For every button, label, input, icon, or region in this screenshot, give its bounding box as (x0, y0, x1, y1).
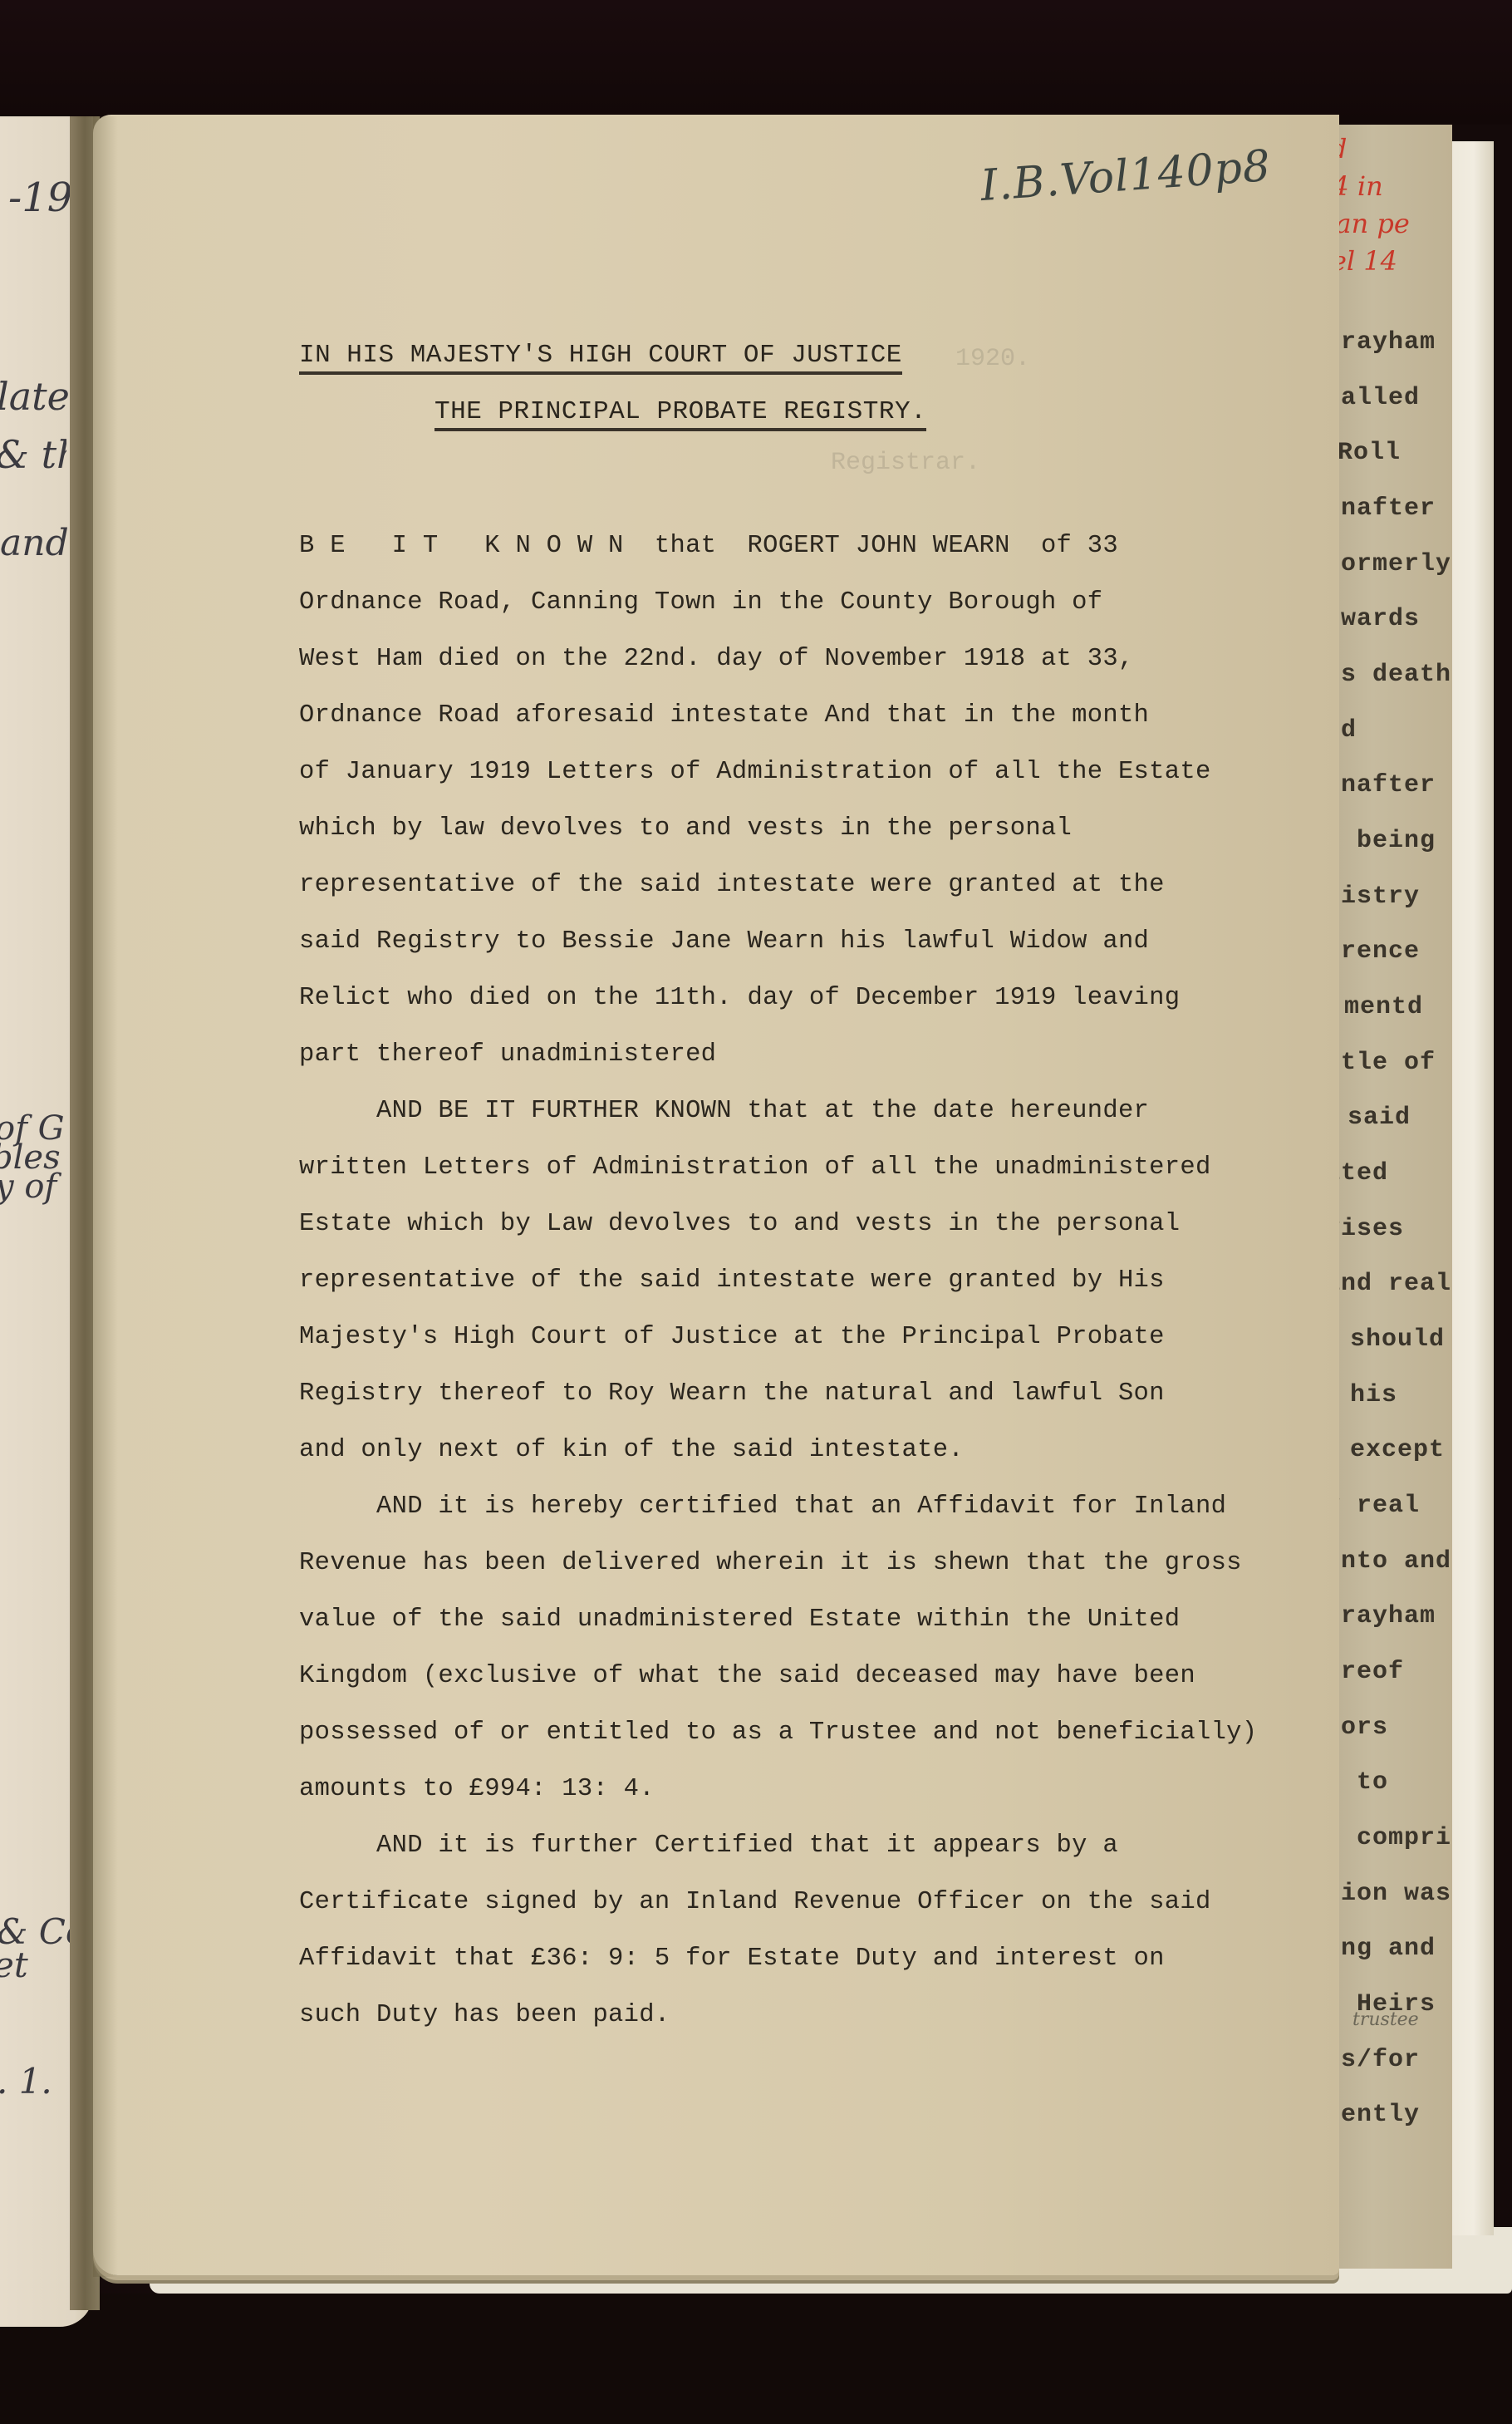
strip-fragment: his (1350, 1381, 1475, 1409)
strip-fragment: itle of (1325, 1049, 1450, 1077)
body-line: Majesty's High Court of Justice at the P… (299, 1323, 1165, 1351)
body-line: which by law devolves to and vests in th… (299, 814, 1072, 843)
strip-fragment: t compri (1325, 1824, 1450, 1852)
body-line: Certificate signed by an Inland Revenue … (299, 1888, 1211, 1916)
body-line: amounts to £994: 13: 4. (299, 1775, 655, 1803)
left-handwriting: et (0, 1945, 68, 1985)
strip-fragment: mentd (1344, 993, 1469, 1021)
strip-fragment: vises (1325, 1215, 1450, 1243)
pencil-insertion-note: trustee (1352, 2009, 1419, 2030)
strip-fragment: Roll (1338, 439, 1462, 467)
left-handwriting: y of (0, 1168, 75, 1206)
strip-fragment: h to (1325, 1768, 1450, 1797)
body-line: said Registry to Bessie Jane Wearn his l… (299, 927, 1149, 956)
body-line: of January 1919 Letters of Administratio… (299, 758, 1211, 786)
strip-fragment: called (1325, 384, 1450, 412)
heading-registry: THE PRINCIPAL PROBATE REGISTRY. (434, 397, 926, 431)
body-line: representative of the said intestate wer… (299, 871, 1165, 899)
strip-fragment: should (1350, 1325, 1475, 1354)
body-line: such Duty has been paid. (299, 2001, 670, 2029)
strip-fragment: ereof (1325, 1658, 1450, 1686)
body-line: Registry thereof to Roy Wearn the natura… (299, 1379, 1165, 1408)
strip-fragment: is death (1325, 661, 1450, 689)
body-line: Ordnance Road, Canning Town in the Count… (299, 588, 1102, 617)
strip-fragment: inafter (1325, 494, 1450, 523)
body-line: Revenue has been delivered wherein it is… (299, 1549, 1242, 1577)
heading-court: IN HIS MAJESTY'S HIGH COURT OF JUSTICE (299, 341, 902, 375)
strip-fragment: y real (1325, 1492, 1450, 1520)
strip-fragment: es/for (1325, 2046, 1450, 2074)
body-line: West Ham died on the 22nd. day of Novemb… (299, 645, 1134, 673)
strip-fragment: said (1348, 1104, 1472, 1132)
left-handwriting: -19 (8, 175, 75, 221)
strip-fragment: formerly (1325, 550, 1450, 578)
body-line: AND BE IT FURTHER KNOWN that at the date… (299, 1097, 1149, 1125)
left-handwriting: late (0, 374, 68, 419)
strip-fragment: except (1350, 1436, 1475, 1464)
body-line: AND it is hereby certified that an Affid… (299, 1492, 1226, 1521)
body-line: Estate which by Law devolves to and vest… (299, 1210, 1180, 1238)
strip-fragment: and real (1325, 1270, 1450, 1298)
body-line: Relict who died on the 11th. day of Dece… (299, 984, 1180, 1012)
body-line: Ordnance Road aforesaid intestate And th… (299, 701, 1149, 730)
strip-fragment: Grayham (1325, 328, 1450, 356)
body-line: written Letters of Administration of all… (299, 1153, 1211, 1182)
strip-fragment: tion was (1325, 1880, 1450, 1908)
body-line: Affidavit that £36: 9: 5 for Estate Duty… (299, 1945, 1165, 1973)
strip-fragment: ing and (1325, 1935, 1450, 1963)
strip-fragment: ated (1325, 1159, 1450, 1187)
strip-fragment: erence (1325, 937, 1450, 966)
sheet-binding-shadow (93, 116, 118, 2277)
left-handwriting: . 1. (0, 2061, 71, 2102)
strip-fragment: inafter (1325, 771, 1450, 799)
body-line: representative of the said intestate wer… (299, 1266, 1165, 1295)
body-line: AND it is further Certified that it appe… (299, 1832, 1118, 1860)
body-line: value of the said unadministered Estate … (299, 1605, 1180, 1634)
left-handwriting: & th (0, 432, 66, 477)
left-handwriting: and (0, 522, 71, 564)
dark-background-bottom (0, 2294, 1512, 2424)
strip-fragment: tors (1325, 1714, 1450, 1742)
strip-fragment: rwards (1325, 605, 1450, 633)
strip-fragment: nd (1325, 716, 1450, 745)
body-line: part thereof unadministered (299, 1040, 716, 1069)
body-line: B E I T K N O W N that ROGERT JOHN WEARN… (299, 532, 1118, 560)
body-line: Kingdom (exclusive of what the said dece… (299, 1662, 1195, 1690)
bleed-through-text: Registrar. (831, 449, 980, 477)
strip-fragment: iently (1325, 2101, 1450, 2129)
bleed-through-text: 1920. (955, 345, 1030, 373)
dark-background-top (0, 0, 1512, 125)
body-line: and only next of kin of the said intesta… (299, 1436, 964, 1464)
strip-fragment: gistry (1325, 883, 1450, 911)
strip-fragment: Grayham (1325, 1602, 1450, 1630)
body-line: possessed of or entitled to as a Trustee… (299, 1718, 1257, 1747)
strip-fragment: Unto and (1325, 1547, 1450, 1576)
strip-fragment: s being (1325, 827, 1450, 855)
